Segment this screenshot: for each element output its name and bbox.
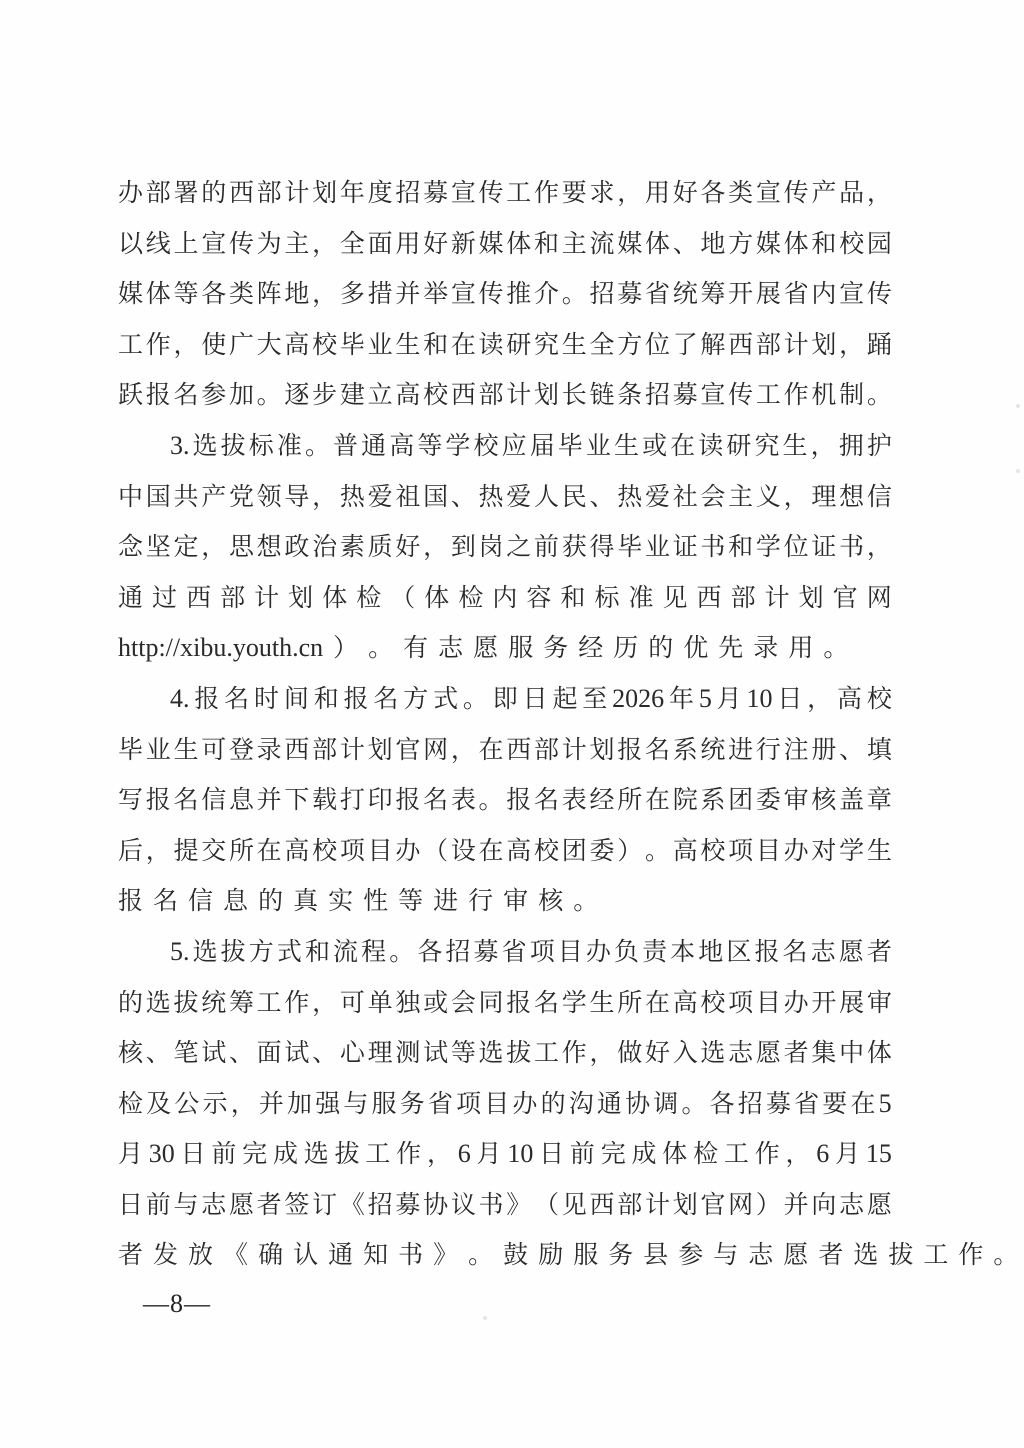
document-body: 办部署的西部计划年度招募宣传工作要求，用好各类宣传产品，以线上宣传为主，全面用好… (118, 168, 892, 1281)
text-line: 跃报名参加。逐步建立高校西部计划长链条招募宣传工作机制。 (118, 370, 892, 421)
text-line: 以线上宣传为主，全面用好新媒体和主流媒体、地方媒体和校园 (118, 219, 892, 270)
text-line: 毕业生可登录西部计划官网，在西部计划报名系统进行注册、填 (118, 725, 892, 776)
text-line: 后，提交所在高校项目办（设在高校团委）。高校项目办对学生 (118, 826, 892, 877)
document-page: 办部署的西部计划年度招募宣传工作要求，用好各类宣传产品，以线上宣传为主，全面用好… (0, 0, 1024, 1448)
text-line: 媒体等各类阵地，多措并举宣传推介。招募省统筹开展省内宣传 (118, 269, 892, 320)
text-line: 报名信息的真实性等进行审核。 (118, 876, 892, 927)
scan-speck (483, 1316, 487, 1320)
text-line: 念坚定，思想政治素质好，到岗之前获得毕业证书和学位证书， (118, 522, 892, 573)
scan-speck (1016, 469, 1020, 473)
text-line: 办部署的西部计划年度招募宣传工作要求，用好各类宣传产品， (118, 168, 892, 219)
text-line: 通过西部计划体检（体检内容和标准见西部计划官网 (118, 573, 892, 624)
text-line: 的选拔统筹工作，可单独或会同报名学生所在高校项目办开展审 (118, 978, 892, 1029)
text-line: 3.选拔标准。普通高等学校应届毕业生或在读研究生，拥护 (118, 421, 892, 472)
website-link[interactable]: http://xibu.youth.cn (118, 623, 323, 674)
text-line: 检及公示，并加强与服务省项目办的沟通协调。各招募省要在5 (118, 1079, 892, 1130)
text-line: 写报名信息并下载打印报名表。报名表经所在院系团委审核盖章 (118, 775, 892, 826)
text-line: 月30日前完成选拔工作，6月10日前完成体检工作，6月15 (118, 1129, 892, 1180)
page-number: —8— (143, 1289, 211, 1319)
text-line: 核、笔试、面试、心理测试等选拔工作，做好入选志愿者集中体 (118, 1028, 892, 1079)
text-line: 工作，使广大高校毕业生和在读研究生全方位了解西部计划，踊 (118, 320, 892, 371)
text-line: 日前与志愿者签订《招募协议书》（见西部计划官网）并向志愿 (118, 1180, 892, 1231)
text-line: 4.报名时间和报名方式。即日起至2026年5月10日，高校 (118, 674, 892, 725)
scan-speck (1016, 404, 1020, 408)
text-line: 中国共产党领导，热爱祖国、热爱人民、热爱社会主义，理想信 (118, 472, 892, 523)
text-line: http://xibu.youth.cn）。有志愿服务经历的优先录用。 (118, 623, 892, 674)
text-line: 5.选拔方式和流程。各招募省项目办负责本地区报名志愿者 (118, 927, 892, 978)
text-line: 者发放《确认通知书》。鼓励服务县参与志愿者选拔工作。 (118, 1230, 892, 1281)
